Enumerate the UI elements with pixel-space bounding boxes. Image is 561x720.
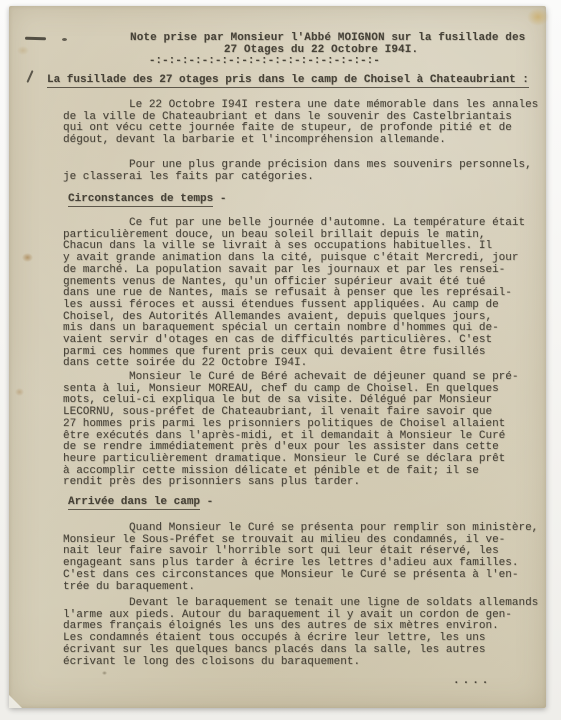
- section-heading-arrivee: Arrivée dans le camp -: [68, 497, 213, 509]
- section-heading-arrivee-dash: -: [200, 496, 213, 508]
- paragraph-cure: Monsieur le Curé de Béré achevait de déj…: [63, 372, 518, 489]
- paragraph-arrivee: Quand Monsieur le Curé se présenta pour …: [63, 523, 538, 593]
- main-heading: La fusillade des 27 otages pris dans le …: [47, 75, 529, 87]
- document-page: Note prise par Monsieur l'Abbé MOIGNON s…: [9, 6, 546, 708]
- pen-mark-dash: [25, 37, 46, 41]
- section-heading-circonstances-dash: -: [213, 193, 226, 205]
- pen-mark-slash: [26, 70, 33, 83]
- stain-left-margin-2: [15, 388, 24, 396]
- paragraph-baraquement: Devant le baraquement se tenait une lign…: [63, 598, 538, 668]
- section-heading-circonstances-text: Circonstances de temps: [68, 193, 213, 207]
- typewritten-text: Note prise par Monsieur l'Abbé MOIGNON s…: [63, 6, 545, 708]
- ellipsis-mark: ....: [453, 676, 491, 688]
- stain-top-left: [17, 46, 29, 55]
- scan-background: Note prise par Monsieur l'Abbé MOIGNON s…: [0, 0, 561, 720]
- section-heading-circonstances: Circonstances de temps -: [68, 194, 226, 206]
- document-title: Note prise par Monsieur l'Abbé MOIGNON s…: [63, 33, 525, 56]
- section-heading-arrivee-text: Arrivée dans le camp: [68, 496, 200, 510]
- paragraph-circonstances: Ce fut par une belle journée d'automne. …: [63, 218, 525, 370]
- page-fold-corner: [9, 695, 22, 708]
- main-heading-text: La fusillade des 27 otages pris dans le …: [47, 74, 529, 88]
- divider-line: -:-:-:-:-:-:-:-:-:-:-:-:-:-:-:-:-:-: [63, 56, 380, 68]
- paragraph-plan: Pour une plus grande précision dans mes …: [63, 160, 532, 183]
- stain-left-margin-1: [22, 253, 33, 262]
- paragraph-intro: Le 22 Octobre I94I restera une date mémo…: [63, 100, 538, 147]
